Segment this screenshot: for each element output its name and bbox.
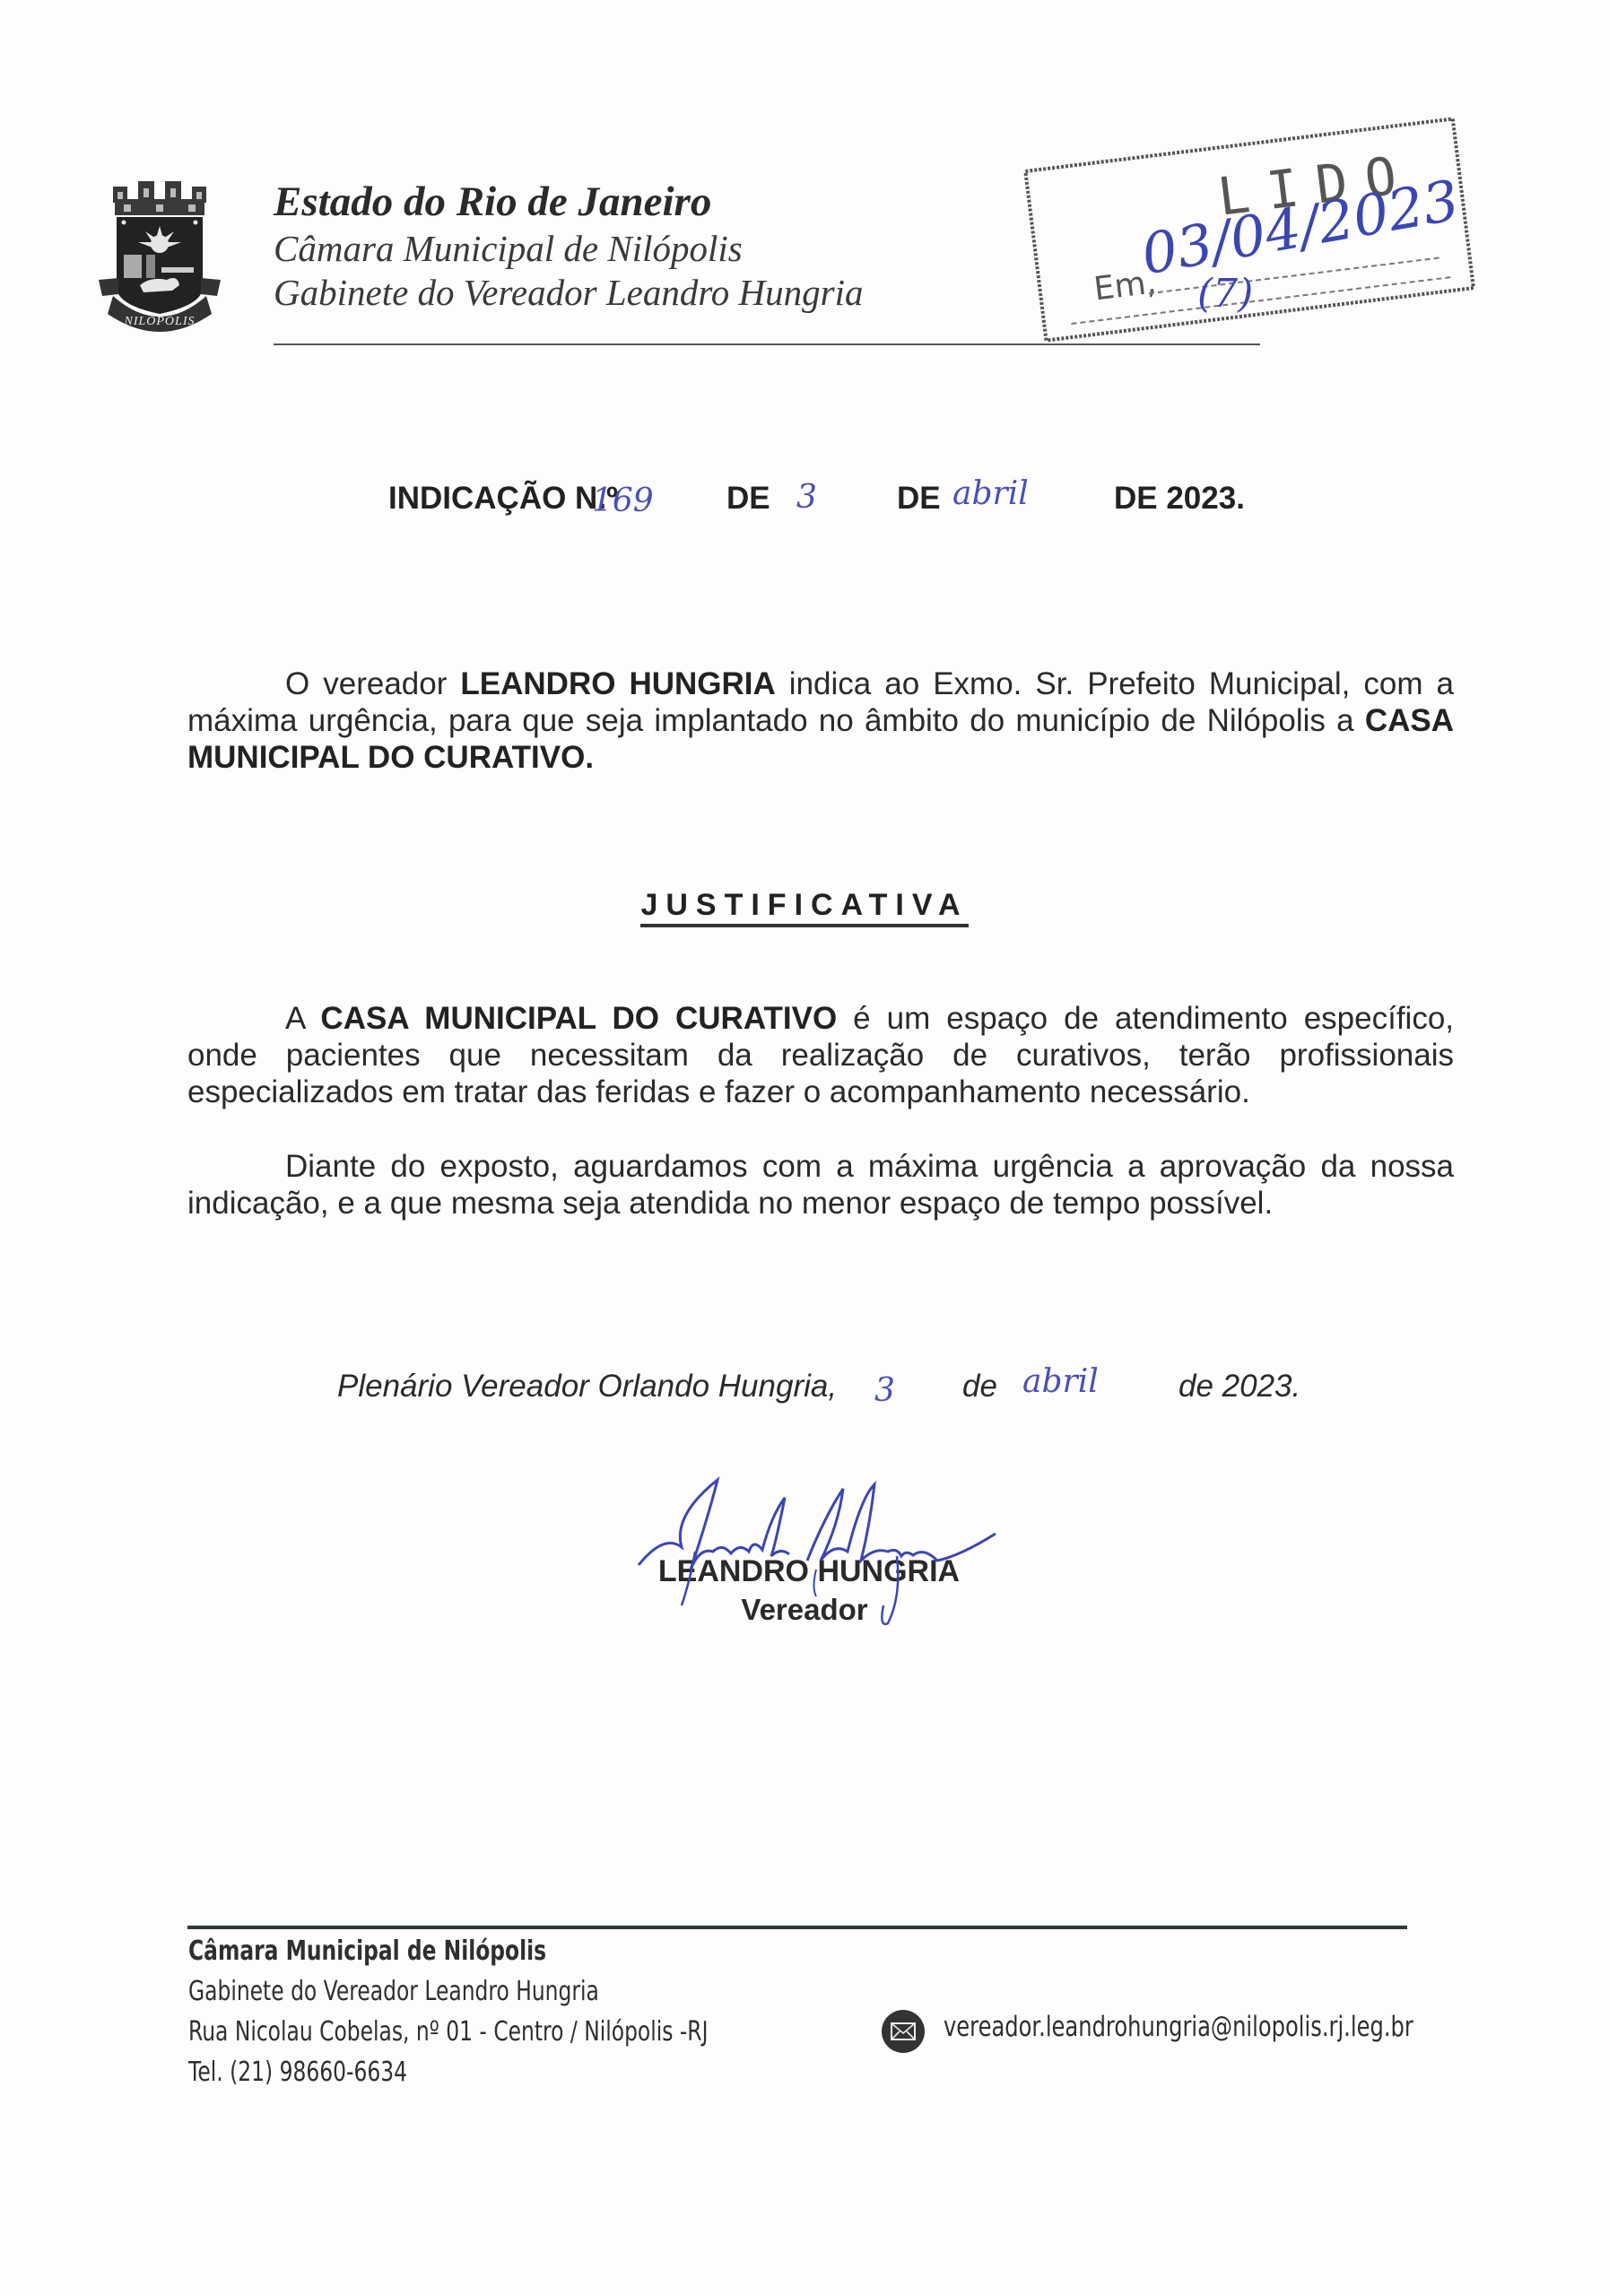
footer-phone: Tel. (21) 98660-6634 xyxy=(188,2057,407,2088)
header-chamber: Câmara Municipal de Nilópolis xyxy=(274,227,743,270)
justification-paragraph: A CASA MUNICIPAL DO CURATIVO é um espaço… xyxy=(187,1000,1454,1110)
conclusion-paragraph: Diante do exposto, aguardamos com a máxi… xyxy=(187,1148,1454,1222)
justification-heading: JUSTIFICATIVA xyxy=(0,888,1609,923)
received-stamp: LIDO Em, 03/04/2023 (7) xyxy=(1005,45,1507,368)
svg-text:(7): (7) xyxy=(1197,271,1253,317)
footer-chamber: Câmara Municipal de Nilópolis xyxy=(188,1935,546,1967)
footer-office: Gabinete do Vereador Leandro Hungria xyxy=(188,1976,599,2007)
title-de-1: DE xyxy=(726,481,770,517)
header-title: Estado do Rio de Janeiro xyxy=(274,178,711,226)
title-month: abril xyxy=(952,475,1029,512)
svg-text:NILOPOLIS: NILOPOLIS xyxy=(123,315,195,328)
envelope-icon xyxy=(881,2009,926,2054)
footer-address: Rua Nicolau Cobelas, nº 01 - Centro / Ni… xyxy=(188,2016,708,2048)
closing-year: de 2023. xyxy=(1178,1369,1300,1405)
indication-title: INDICAÇÃO N.º 169 DE 3 DE abril DE 2023. xyxy=(0,475,1609,520)
title-de-2: DE xyxy=(897,481,941,517)
indication-number: 169 xyxy=(592,483,654,519)
footer-email[interactable]: vereador.leandrohungria@nilopolis.rj.leg… xyxy=(944,2011,1413,2043)
title-year: DE 2023. xyxy=(1114,481,1245,517)
title-day: 3 xyxy=(796,479,817,516)
footer-divider xyxy=(187,1926,1407,1929)
closing-month: abril xyxy=(1022,1363,1099,1400)
header-office: Gabinete do Vereador Leandro Hungria xyxy=(274,271,863,314)
closing-day: 3 xyxy=(874,1372,895,1409)
closing-de: de xyxy=(962,1369,997,1405)
coat-of-arms-icon: NILOPOLIS xyxy=(97,179,222,336)
place-date-line: Plenário Vereador Orlando Hungria, 3 de … xyxy=(0,1365,1609,1410)
handwritten-signature xyxy=(628,1462,1022,1632)
indication-paragraph: O vereador LEANDRO HUNGRIA indica ao Exm… xyxy=(187,665,1454,776)
title-prefix: INDICAÇÃO N.º xyxy=(388,481,618,517)
place-name: Plenário Vereador Orlando Hungria, xyxy=(337,1369,837,1405)
